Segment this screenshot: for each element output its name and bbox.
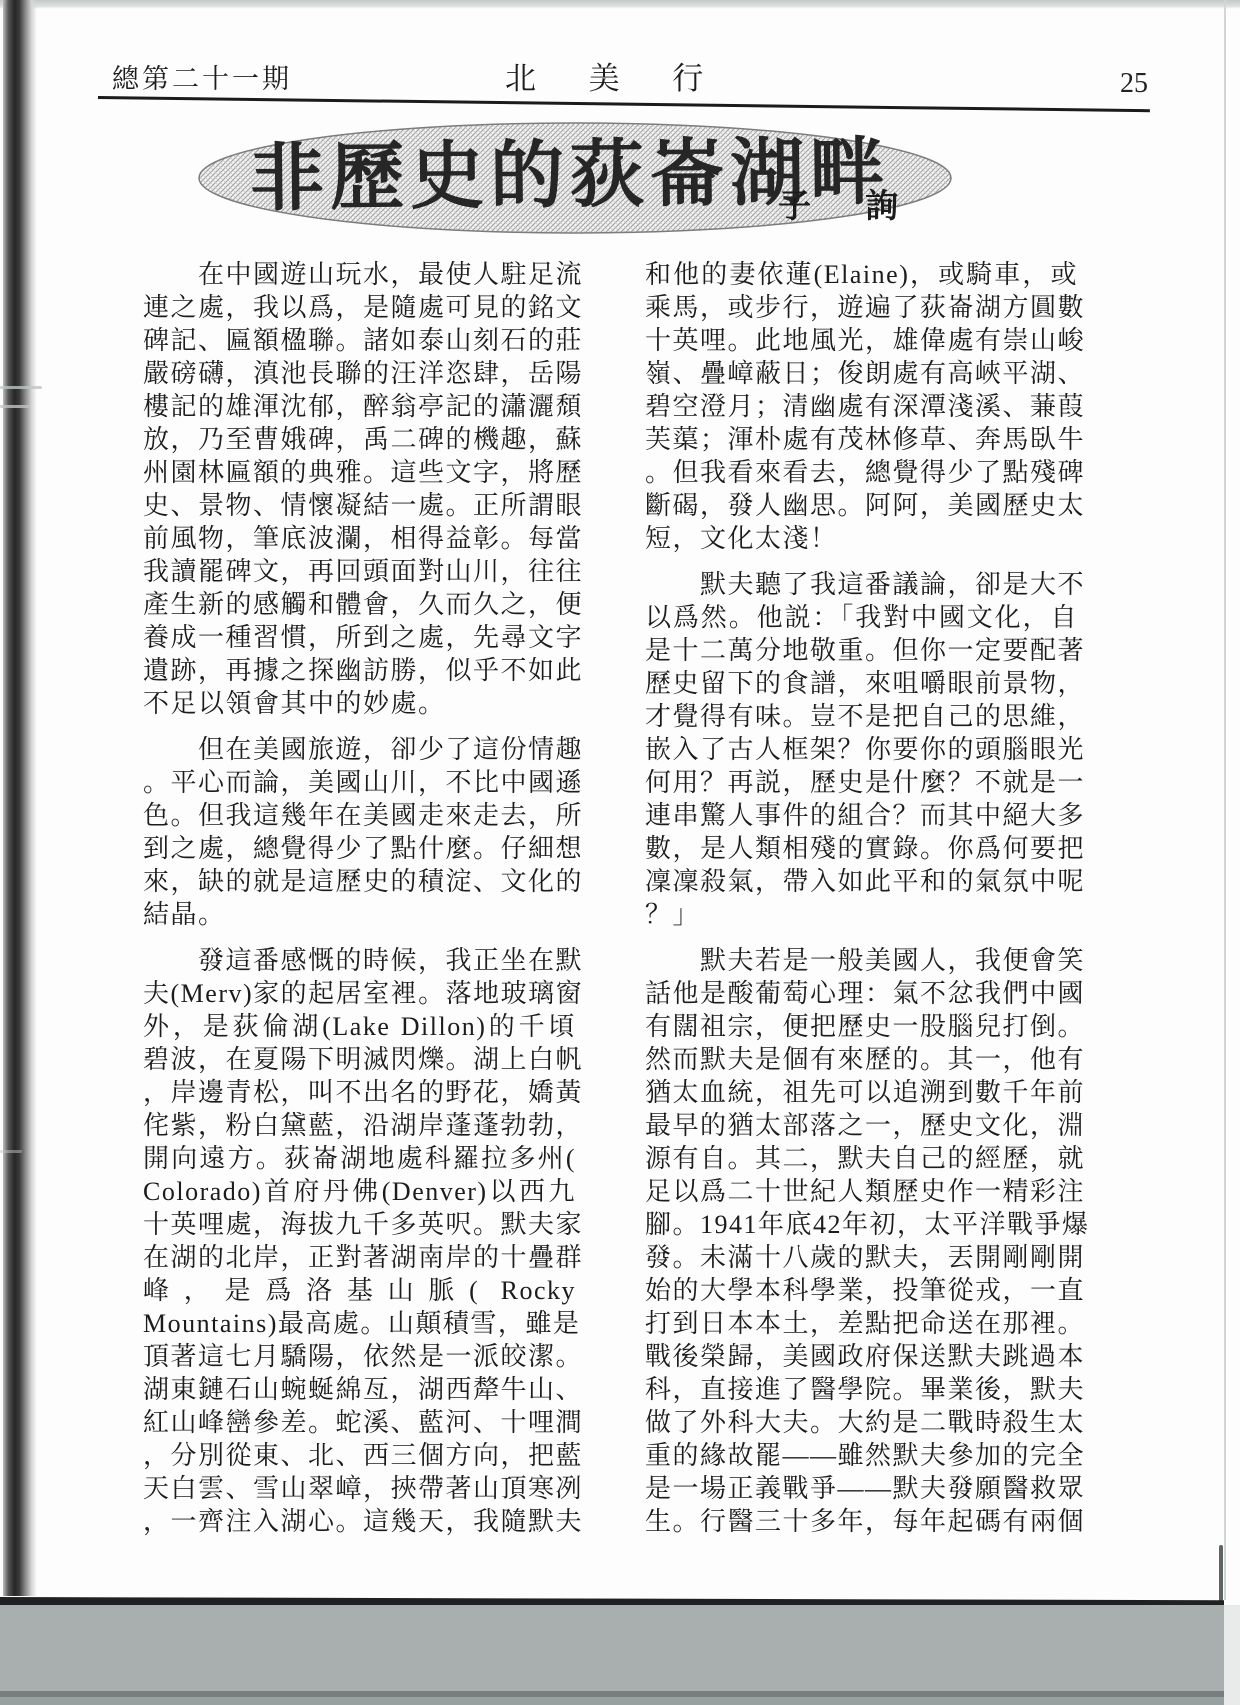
scan-bottom-band: [0, 1605, 1224, 1705]
text-line: Colorado)首府丹佛(Denver)以西九: [143, 1175, 576, 1208]
text-line: 我讀罷碑文，再回頭面對山川，往往: [143, 555, 576, 588]
text-line: 科，直接進了醫學院。畢業後，默夫: [645, 1373, 1078, 1406]
text-line: 猶太血統，祖先可以追溯到數千年前: [645, 1076, 1078, 1109]
text-line: 色。但我這幾年在美國走來走去，所: [143, 799, 576, 832]
author-name: 子 詢: [778, 180, 916, 227]
text-line: 史、景物、情懷凝結一處。正所謂眼: [143, 489, 576, 522]
header-rule: [98, 96, 1150, 112]
text-line: 紅山峰巒參差。蛇溪、藍河、十哩澗: [143, 1406, 576, 1439]
text-line: 嚴磅礴，滇池長聯的汪洋恣肆，岳陽: [143, 357, 576, 390]
text-line: 默夫聽了我這番議論，卻是大不: [645, 568, 1078, 601]
text-line: 到之處，總覺得少了點什麼。仔細想: [143, 832, 576, 865]
text-line: 乘馬，或步行，遊遍了荻崙湖方圓數: [645, 291, 1078, 324]
text-line: 以爲然。他説：「我對中國文化，自: [645, 601, 1078, 634]
text-line: 打到日本本土，差點把命送在那裡。: [645, 1307, 1078, 1340]
text-line: 峰，是爲洛基山脈( Rocky: [143, 1274, 576, 1307]
text-line: 何用？再説，歷史是什麼？不就是一: [645, 766, 1078, 799]
text-line: 結晶。: [143, 898, 576, 931]
text-line: 發。未滿十八歲的默夫，丟開剛剛開: [645, 1241, 1078, 1274]
text-line: 放，乃至曹娥碑，禹二碑的機趣，蘇: [143, 423, 576, 456]
scan-streak: [0, 405, 30, 408]
text-line: 連串驚人事件的組合？而其中絕大多: [645, 799, 1078, 832]
text-line: ，分別從東、北、西三個方向，把藍: [143, 1439, 576, 1472]
text-line: 州園林匾額的典雅。這些文字，將歷: [143, 456, 576, 489]
journal-title: 北 美 行: [505, 53, 717, 98]
text-line: 凜凜殺氣，帶入如此平和的氣氛中呢: [645, 865, 1078, 898]
text-line: 在湖的北岸，正對著湖南岸的十疊群: [143, 1241, 576, 1274]
paragraph: 和他的妻依蓮(Elaine)，或騎車，或乘馬，或步行，遊遍了荻崙湖方圓數十英哩。…: [645, 258, 1078, 555]
text-line: 前風物，筆底波瀾，相得益彰。每當: [143, 522, 576, 555]
paragraph: 默夫聽了我這番議論，卻是大不以爲然。他説：「我對中國文化，自是十二萬分地敬重。但…: [645, 568, 1078, 931]
text-line: 在中國遊山玩水，最使人駐足流: [143, 258, 576, 291]
text-line: 戰後榮歸，美國政府保送默夫跳過本: [645, 1340, 1078, 1373]
text-line: 樓記的雄渾沈郁，醉翁亭記的瀟灑頹: [143, 390, 576, 423]
text-line: 十英哩處，海拔九千多英呎。默夫家: [143, 1208, 576, 1241]
text-line: 不足以領會其中的妙處。: [143, 687, 576, 720]
text-line: 但在美國旅遊，卻少了這份情趣: [143, 733, 576, 766]
scan-right-page-edge: [1224, 0, 1226, 1600]
text-line: 才覺得有味。豈不是把自己的思維，: [645, 700, 1078, 733]
paragraph: 默夫若是一般美國人，我便會笑話他是酸葡萄心理：氣不忿我們中國有闊祖宗，便把歷史一…: [645, 944, 1078, 1538]
text-line: 腳。1941年底42年初，太平洋戰爭爆: [645, 1208, 1078, 1241]
text-line: 。平心而論，美國山川，不比中國遜: [143, 766, 576, 799]
text-line: Mountains)最高處。山顛積雪，雖是: [143, 1307, 576, 1340]
text-line: 夫(Merv)家的起居室裡。落地玻璃窗: [143, 977, 576, 1010]
text-line: 短，文化太淺！: [645, 522, 1078, 555]
page-number: 25: [1120, 68, 1148, 100]
text-line: 歷史留下的食譜，來咀嚼眼前景物，: [645, 667, 1078, 700]
paragraph: 發這番感慨的時候，我正坐在默夫(Merv)家的起居室裡。落地玻璃窗外，是荻倫湖(…: [143, 944, 576, 1538]
text-line: ，岸邊青松，叫不出名的野花，嬌黃: [143, 1076, 576, 1109]
text-line: ，一齊注入湖心。這幾天，我隨默夫: [143, 1505, 576, 1538]
text-line: 有闊祖宗，便把歷史一股腦兒打倒。: [645, 1010, 1078, 1043]
issue-number: 總第二十一期: [112, 57, 292, 96]
scan-streak: [0, 1150, 22, 1153]
paragraph: 在中國遊山玩水，最使人駐足流連之處，我以爲，是隨處可見的銘文碑記、匾額楹聯。諸如…: [143, 258, 576, 720]
text-line: 生。行醫三十多年，每年起碼有兩個: [645, 1505, 1078, 1538]
text-line: 始的大學本科學業，投筆從戎，一直: [645, 1274, 1078, 1307]
text-line: 嵌入了古人框架？你要你的頭腦眼光: [645, 733, 1078, 766]
text-line: 天白雲、雪山翠嶂，挾帶著山頂寒冽: [143, 1472, 576, 1505]
text-line: 最早的猶太部落之一，歷史文化，淵: [645, 1109, 1078, 1142]
text-line: 重的緣故罷——雖然默夫參加的完全: [645, 1439, 1078, 1472]
text-line: 十英哩。此地風光，雄偉處有崇山峻: [645, 324, 1078, 357]
text-line: 嶺、疊嶂蔽日；俊朗處有高峽平湖、: [645, 357, 1078, 390]
text-line: 外，是荻倫湖(Lake Dillon)的千頃: [143, 1010, 576, 1043]
text-line: ？」: [645, 898, 1078, 931]
scan-left-binding-shadow: [3, 0, 37, 1596]
text-line: 做了外科大夫。大約是二戰時殺生太: [645, 1406, 1078, 1439]
text-line: 遺跡，再據之探幽訪勝，似乎不如此: [143, 654, 576, 687]
text-line: 。但我看來看去，總覺得少了點殘碑: [645, 456, 1078, 489]
text-column-right: 和他的妻依蓮(Elaine)，或騎車，或乘馬，或步行，遊遍了荻崙湖方圓數十英哩。…: [645, 258, 1078, 1538]
text-line: 連之處，我以爲，是隨處可見的銘文: [143, 291, 576, 324]
text-line: 頂著這七月驕陽，依然是一派皎潔。: [143, 1340, 576, 1373]
text-line: 來，缺的就是這歷史的積淀、文化的: [143, 865, 576, 898]
text-line: 碧波，在夏陽下明滅閃爍。湖上白帆: [143, 1043, 576, 1076]
text-line: 源有自。其二，默夫自己的經歷，就: [645, 1142, 1078, 1175]
text-line: 產生新的感觸和體會，久而久之，便: [143, 588, 576, 621]
scan-bottom-band-lower: [0, 1697, 1224, 1705]
text-line: 侘紫，粉白黛藍，沿湖岸蓬蓬勃勃，: [143, 1109, 576, 1142]
scan-top-edge: [0, 0, 1240, 9]
text-line: 數，是人類相殘的實錄。你爲何要把: [645, 832, 1078, 865]
text-line: 默夫若是一般美國人，我便會笑: [645, 944, 1078, 977]
paragraph: 但在美國旅遊，卻少了這份情趣。平心而論，美國山川，不比中國遜色。但我這幾年在美國…: [143, 733, 576, 931]
text-line: 話他是酸葡萄心理：氣不忿我們中國: [645, 977, 1078, 1010]
scanned-magazine-page: 總第二十一期 北 美 行 25 非歷史的荻崙湖畔 子 詢 在中國遊山玩水，最使人…: [0, 0, 1240, 1705]
scan-bottom-right-corner: [1224, 1605, 1240, 1705]
text-line: 碑記、匾額楹聯。諸如泰山刻石的莊: [143, 324, 576, 357]
text-line: 是一場正義戰爭——默夫發願醫救眾: [645, 1472, 1078, 1505]
text-line: 養成一種習慣，所到之處，先尋文字: [143, 621, 576, 654]
text-column-left: 在中國遊山玩水，最使人駐足流連之處，我以爲，是隨處可見的銘文碑記、匾額楹聯。諸如…: [143, 258, 576, 1538]
text-line: 然而默夫是個有來歷的。其一，他有: [645, 1043, 1078, 1076]
text-line: 芙蕖；渾朴處有茂林修草、奔馬臥牛: [645, 423, 1078, 456]
text-line: 發這番感慨的時候，我正坐在默: [143, 944, 576, 977]
text-line: 湖東鏈石山蜿蜒綿亙，湖西犛牛山、: [143, 1373, 576, 1406]
text-line: 足以爲二十世紀人類歷史作一精彩注: [645, 1175, 1078, 1208]
text-line: 開向遠方。荻崙湖地處科羅拉多州(: [143, 1142, 576, 1175]
text-line: 和他的妻依蓮(Elaine)，或騎車，或: [645, 258, 1078, 291]
text-line: 碧空澄月；清幽處有深潭淺溪、蒹葭: [645, 390, 1078, 423]
text-line: 斷碣，發人幽思。阿阿，美國歷史太: [645, 489, 1078, 522]
text-line: 是十二萬分地敬重。但你一定要配著: [645, 634, 1078, 667]
scan-streak: [0, 386, 42, 389]
